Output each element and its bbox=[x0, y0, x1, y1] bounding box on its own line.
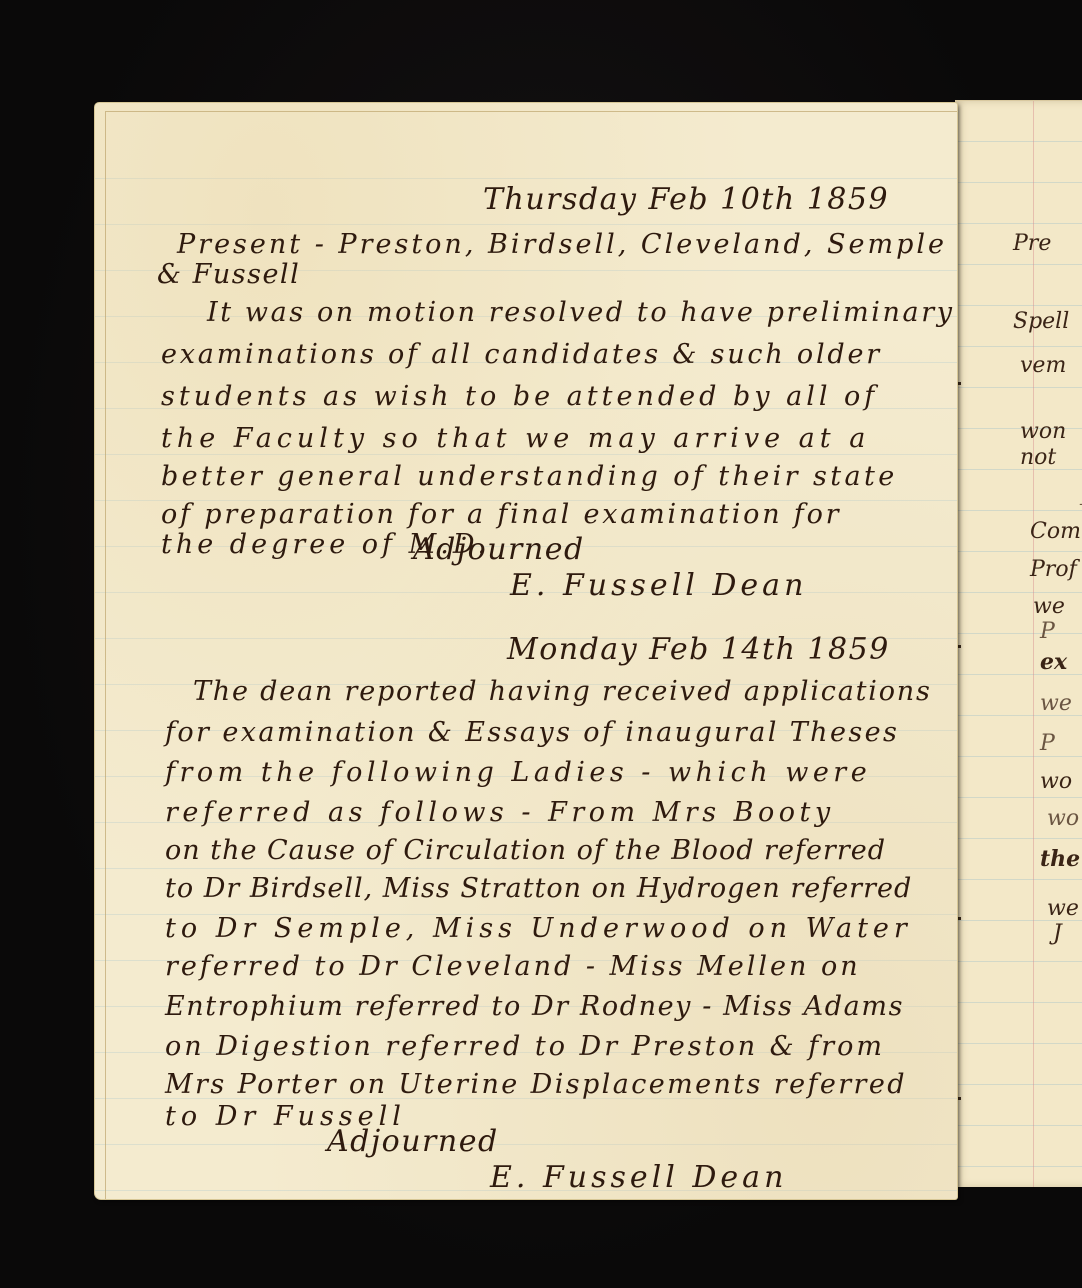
manuscript-page: Thursday Feb 10th 1859 Present - Preston… bbox=[95, 103, 957, 1199]
page-fragment: the bbox=[1040, 846, 1080, 872]
entry-date-heading: Thursday Feb 10th 1859 bbox=[483, 185, 889, 215]
page-fragment: won bbox=[1020, 419, 1066, 444]
adjourned-note: Adjourned bbox=[327, 1127, 499, 1157]
adjourned-note: Adjourned bbox=[413, 535, 585, 565]
entry-line: from the following Ladies - which were bbox=[165, 759, 871, 786]
adjacent-page: Pre Spell vem won not P Com Prof we P ex… bbox=[955, 100, 1082, 1187]
page-fragment: we bbox=[1047, 896, 1079, 921]
page-fragment: wo bbox=[1047, 806, 1079, 831]
entry-line: on the Cause of Circulation of the Blood… bbox=[165, 837, 886, 864]
entry-line: of preparation for a final examination f… bbox=[161, 501, 841, 528]
page-fragment: we bbox=[1040, 691, 1072, 716]
entry-line: referred as follows - From Mrs Booty bbox=[165, 799, 835, 826]
page-fragment: Spell bbox=[1013, 309, 1069, 334]
entry-line: better general understanding of their st… bbox=[161, 463, 898, 490]
entry-date-heading: Monday Feb 14th 1859 bbox=[507, 635, 890, 665]
page-fragment: Prof bbox=[1030, 557, 1077, 582]
dean-signature: E. Fussell Dean bbox=[510, 571, 807, 601]
entry-line: the Faculty so that we may arrive at a bbox=[161, 425, 870, 452]
entry-line: to Dr Semple, Miss Underwood on Water bbox=[165, 915, 912, 942]
page-fragment: wo bbox=[1040, 769, 1072, 794]
entry-line: Present - Preston, Birdsell, Cleveland, … bbox=[177, 231, 947, 258]
entry-line: to Dr Birdsell, Miss Stratton on Hydroge… bbox=[165, 875, 912, 902]
entry-line: for examination & Essays of inaugural Th… bbox=[165, 719, 899, 746]
page-fragment: we bbox=[1033, 594, 1065, 619]
page-fragment: vem bbox=[1020, 353, 1066, 378]
entry-line: on Digestion referred to Dr Preston & fr… bbox=[165, 1033, 885, 1060]
entry-line: Entrophium referred to Dr Rodney - Miss … bbox=[165, 993, 904, 1020]
entry-line: Mrs Porter on Uterine Displacements refe… bbox=[165, 1071, 907, 1098]
entry-line: & Fussell bbox=[157, 261, 300, 288]
entry-line: students as wish to be attended by all o… bbox=[161, 383, 878, 410]
page-fragment: P bbox=[1040, 731, 1055, 756]
entry-line: referred to Dr Cleveland - Miss Mellen o… bbox=[165, 953, 861, 980]
entry-line: The dean reported having received applic… bbox=[193, 678, 932, 705]
dean-signature: E. Fussell Dean bbox=[490, 1163, 787, 1193]
page-fragment: Com bbox=[1030, 519, 1081, 544]
page-fragment: J bbox=[1053, 921, 1062, 946]
page-fragment: P bbox=[1040, 619, 1055, 644]
page-fragment: ex bbox=[1040, 649, 1067, 675]
page-fragment: Pre bbox=[1013, 231, 1051, 256]
entry-line: It was on motion resolved to have prelim… bbox=[207, 299, 955, 326]
margin-line bbox=[1033, 101, 1034, 1187]
page-fragment: not bbox=[1020, 445, 1056, 470]
entry-line: examinations of all candidates & such ol… bbox=[161, 341, 882, 368]
